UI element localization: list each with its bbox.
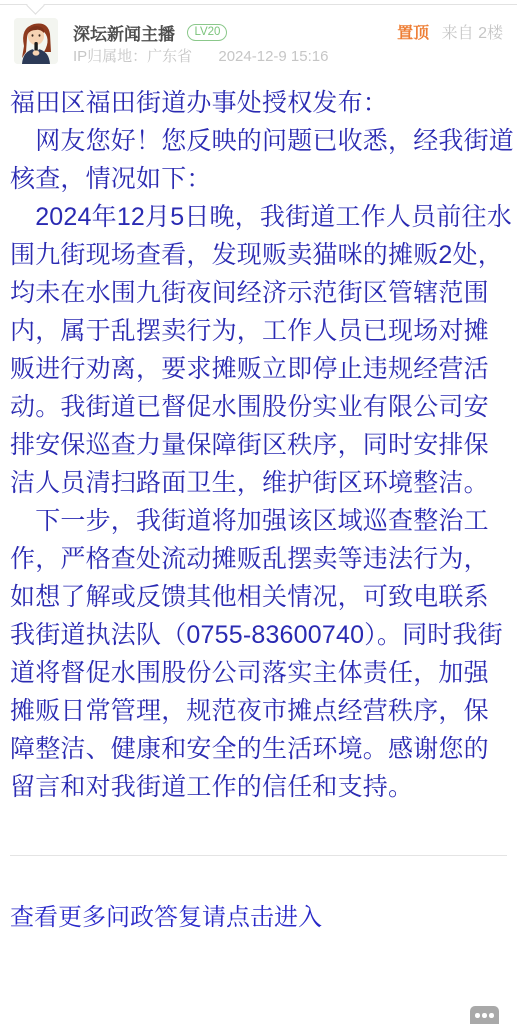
ellipsis-dot (475, 1013, 480, 1018)
body-text-line: 内，属于乱摆卖行为，工作人员已现场对摊 (10, 312, 509, 350)
body-text-line: 福田区福田街道办事处授权发布： (10, 84, 509, 122)
body-text-line: 网友您好！您反映的问题已收悉，经我街道 (10, 122, 509, 160)
body-text-line: 贩进行劝离，要求摊贩立即停止违规经营活 (10, 350, 509, 388)
body-text-line: 2024年12月5日晚，我街道工作人员前往水 (10, 198, 509, 236)
ellipsis-more-button[interactable] (470, 1006, 499, 1024)
avatar[interactable] (14, 18, 58, 64)
body-text-line: 道将督促水围股份公司落实主体责任，加强 (10, 654, 509, 692)
body-text-line: 下一步，我街道将加强该区域巡查整治工 (10, 502, 509, 540)
level-badge: LV20 (187, 24, 227, 41)
post-header: 深坛新闻主播 LV20 置顶 来自 2楼 IP归属地：广东省 2024-12-9… (14, 18, 503, 68)
card-top-border (0, 4, 517, 5)
body-text-line: 如想了解或反馈其他相关情况，可致电联系 (10, 578, 509, 616)
body-text-line: 障整洁、健康和安全的生活环境。感谢您的 (10, 730, 509, 768)
ellipsis-dot (489, 1013, 494, 1018)
body-text-line: 围九街现场查看，发现贩卖猫咪的摊贩2处， (10, 236, 509, 274)
more-replies-link[interactable]: 查看更多问政答复请点击进入 (10, 897, 322, 932)
floor-label: 来自 2楼 (442, 25, 503, 42)
reply-body: 福田区福田街道办事处授权发布： 网友您好！您反映的问题已收悉，经我街道核查，情况… (10, 84, 509, 806)
body-text-line: 均未在水围九街夜间经济示范街区管辖范围 (10, 274, 509, 312)
body-text-line: 作，严格查处流动摊贩乱摆卖等违法行为， (10, 540, 509, 578)
body-text-line: 我街道执法队（0755-83600740）。同时我街 (10, 616, 509, 654)
pinned-badge: 置顶 (397, 25, 429, 42)
forum-reply-card: 深坛新闻主播 LV20 置顶 来自 2楼 IP归属地：广东省 2024-12-9… (0, 0, 517, 1024)
body-text-line: 洁人员清扫路面卫生，维护街区环境整洁。 (10, 464, 509, 502)
post-flags: 置顶 来自 2楼 (397, 20, 503, 43)
speech-bubble-notch (26, 0, 44, 15)
divider (10, 855, 507, 856)
body-text-line: 摊贩日常管理，规范夜市摊点经营秩序，保 (10, 692, 509, 730)
ip-location: IP归属地：广东省 (73, 48, 192, 65)
username[interactable]: 深坛新闻主播 (73, 20, 175, 45)
news-anchor-avatar-image (14, 18, 58, 64)
body-text-line: 动。我街道已督促水围股份实业有限公司安 (10, 388, 509, 426)
body-text-line: 核查，情况如下： (10, 160, 509, 198)
ellipsis-dot (482, 1013, 487, 1018)
body-text-line: 排安保巡查力量保障街区秩序，同时安排保 (10, 426, 509, 464)
body-text-line: 留言和对我街道工作的信任和支持。 (10, 768, 509, 806)
post-timestamp: 2024-12-9 15:16 (218, 48, 328, 65)
post-meta: IP归属地：广东省 2024-12-9 15:16 (73, 45, 328, 66)
